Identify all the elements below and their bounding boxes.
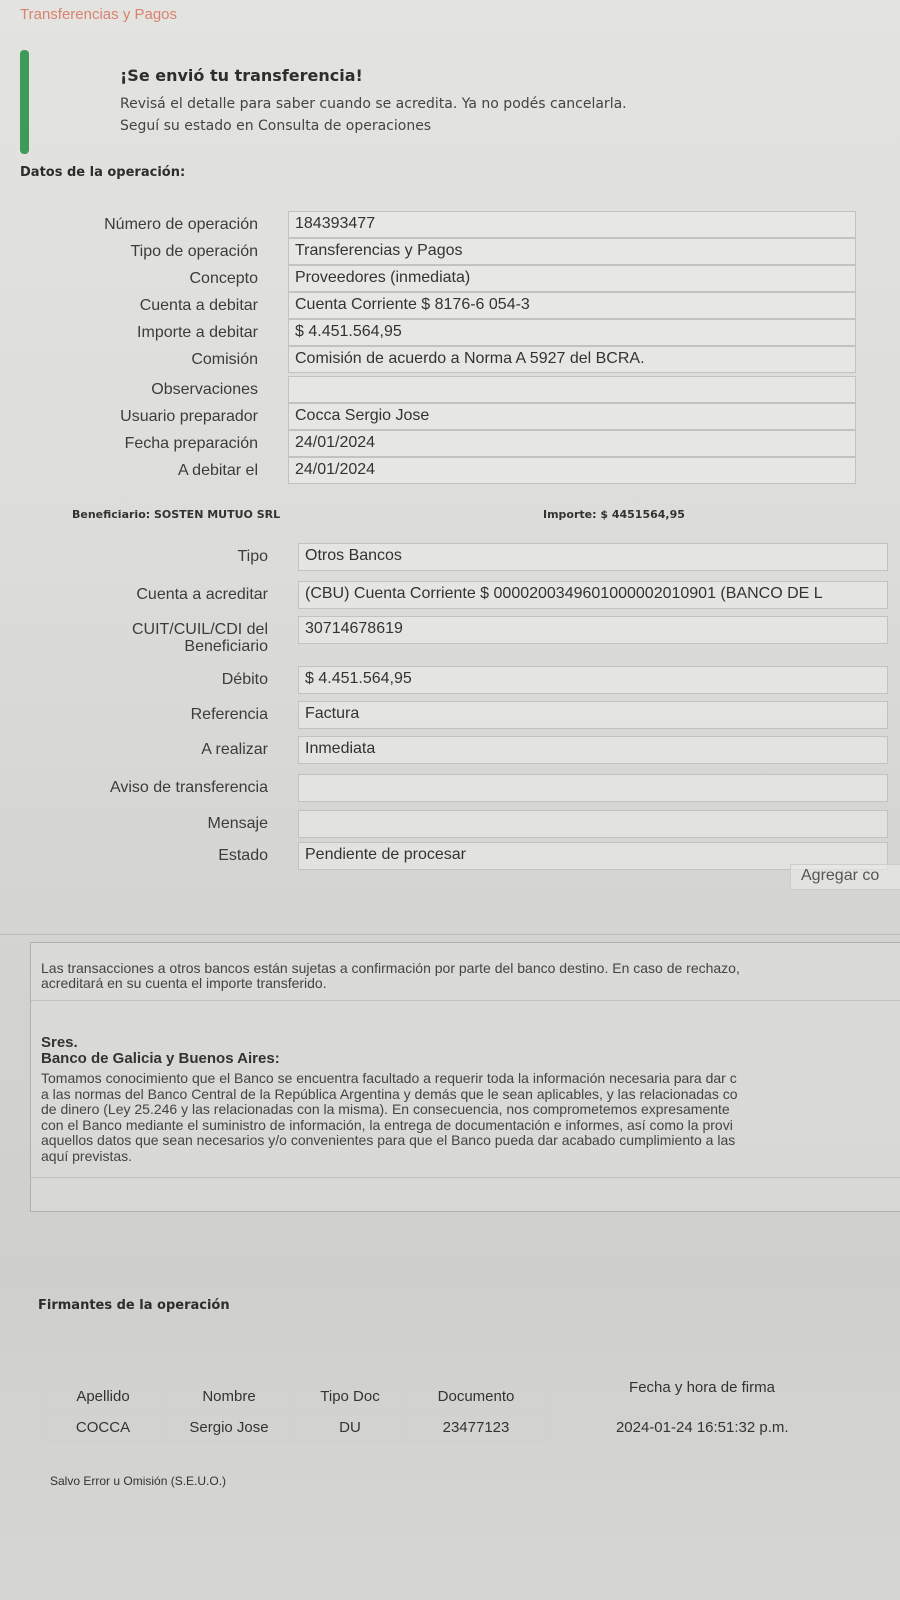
field-value: Otros Bancos	[298, 543, 888, 571]
field-debito: Débito $ 4.451.564,95	[298, 666, 888, 694]
field-referencia: Referencia Factura	[298, 701, 888, 729]
signers-section-title: Firmantes de la operación	[38, 1298, 230, 1313]
cell-tipo-doc: DU	[295, 1414, 406, 1441]
field-label: A realizar	[201, 741, 268, 759]
field-value: Inmediata	[298, 736, 888, 764]
field-label: Mensaje	[208, 815, 268, 833]
field-label-cuit: CUIT/CUIL/CDI del Beneficiario	[100, 621, 268, 655]
field-usuario-preparador: Usuario preparador Cocca Sergio Jose	[288, 403, 856, 430]
field-fecha-preparacion: Fecha preparación 24/01/2024	[288, 430, 856, 457]
cell-documento: 23477123	[406, 1414, 547, 1441]
beneficiary-amount: Importe: $ 4451564,95	[543, 508, 685, 521]
field-label: Débito	[222, 671, 268, 689]
field-a-realizar: A realizar Inmediata	[298, 736, 888, 764]
field-label: Tipo de operación	[131, 243, 259, 261]
field-value: Comisión de acuerdo a Norma A 5927 del B…	[288, 346, 856, 373]
disclaimer: Salvo Error u Omisión (S.E.U.O.)	[50, 1474, 226, 1488]
column-header: Apellido	[43, 1379, 164, 1414]
field-numero-operacion: Número de operación 184393477	[288, 211, 856, 238]
field-mensaje: Mensaje	[298, 810, 888, 838]
field-tipo-operacion: Tipo de operación Transferencias y Pagos	[288, 238, 856, 265]
field-concepto: Concepto Proveedores (inmediata)	[288, 265, 856, 292]
field-comision: Comisión Comisión de acuerdo a Norma A 5…	[288, 346, 856, 373]
field-value: $ 4.451.564,95	[288, 319, 856, 346]
alert-message: Revisá el detalle para saber cuando se a…	[120, 96, 627, 112]
field-label: Importe a debitar	[137, 324, 258, 342]
field-label: Referencia	[191, 706, 268, 724]
field-label: Fecha preparación	[125, 435, 258, 453]
column-header: Nombre	[164, 1379, 295, 1414]
field-value: (CBU) Cuenta Corriente $ 000020034960100…	[298, 581, 888, 609]
field-label: Tipo	[237, 548, 268, 566]
operation-section-title: Datos de la operación:	[20, 165, 185, 180]
field-label: Usuario preparador	[120, 408, 258, 426]
notice-addressee: Sres. Banco de Galicia y Buenos Aires:	[41, 1035, 280, 1067]
notice-body: Tomamos conocimiento que el Banco se enc…	[41, 1071, 900, 1164]
field-label: Cuenta a acreditar	[136, 586, 268, 604]
divider	[31, 1000, 900, 1001]
beneficiary-name: Beneficiario: SOSTEN MUTUO SRL	[72, 508, 280, 521]
signers-table: Apellido Nombre Tipo Doc Documento Fecha…	[42, 1378, 858, 1441]
field-tipo: Tipo Otros Bancos	[298, 543, 888, 571]
table-row: COCCA Sergio Jose DU 23477123 2024-01-24…	[43, 1414, 858, 1441]
field-label: Comisión	[191, 351, 258, 369]
field-label: Estado	[218, 847, 268, 865]
success-alert: ¡Se envió tu transferencia! Revisá el de…	[20, 48, 880, 154]
field-value	[288, 376, 856, 403]
field-value: Cocca Sergio Jose	[288, 403, 856, 430]
field-value: $ 4.451.564,95	[298, 666, 888, 694]
column-header: Fecha y hora de firma	[547, 1379, 858, 1414]
field-observaciones: Observaciones	[288, 376, 856, 403]
column-header: Tipo Doc	[295, 1379, 406, 1414]
field-a-debitar-el: A debitar el 24/01/2024	[288, 457, 856, 484]
cell-fecha-firma: 2024-01-24 16:51:32 p.m.	[547, 1414, 858, 1441]
field-value: 24/01/2024	[288, 430, 856, 457]
field-cuenta-debitar: Cuenta a debitar Cuenta Corriente $ 8176…	[288, 292, 856, 319]
field-cuenta-acreditar: Cuenta a acreditar (CBU) Cuenta Corrient…	[298, 581, 888, 609]
alert-title: ¡Se envió tu transferencia!	[120, 66, 363, 85]
field-label: Cuenta a debitar	[140, 297, 258, 315]
field-value	[298, 774, 888, 802]
field-label: Número de operación	[104, 216, 258, 234]
field-label: Concepto	[190, 270, 259, 288]
field-label: Observaciones	[151, 381, 258, 399]
field-cuit-beneficiario: 30714678619	[298, 616, 888, 644]
field-value: Transferencias y Pagos	[288, 238, 856, 265]
field-value: 24/01/2024	[288, 457, 856, 484]
field-value: 184393477	[288, 211, 856, 238]
field-value: Proveedores (inmediata)	[288, 265, 856, 292]
cell-apellido: COCCA	[43, 1414, 164, 1441]
page-title: Transferencias y Pagos	[20, 6, 177, 23]
success-indicator-bar	[20, 50, 29, 154]
cell-nombre: Sergio Jose	[164, 1414, 295, 1441]
field-value	[298, 810, 888, 838]
field-label: A debitar el	[178, 462, 258, 480]
field-value: 30714678619	[298, 616, 888, 644]
field-aviso-transferencia: Aviso de transferencia	[298, 774, 888, 802]
field-label: Aviso de transferencia	[110, 779, 268, 797]
field-importe-debitar: Importe a debitar $ 4.451.564,95	[288, 319, 856, 346]
alert-status-link-text: Seguí su estado en Consulta de operacion…	[120, 118, 431, 134]
add-button[interactable]: Agregar co	[790, 864, 900, 890]
field-value: Factura	[298, 701, 888, 729]
column-header: Documento	[406, 1379, 547, 1414]
table-header-row: Apellido Nombre Tipo Doc Documento Fecha…	[43, 1379, 858, 1414]
notice-other-banks: Las transacciones a otros bancos están s…	[41, 961, 900, 991]
divider	[0, 934, 900, 935]
legal-notice: Las transacciones a otros bancos están s…	[30, 942, 900, 1212]
field-value: Cuenta Corriente $ 8176-6 054-3	[288, 292, 856, 319]
divider	[31, 1177, 900, 1178]
